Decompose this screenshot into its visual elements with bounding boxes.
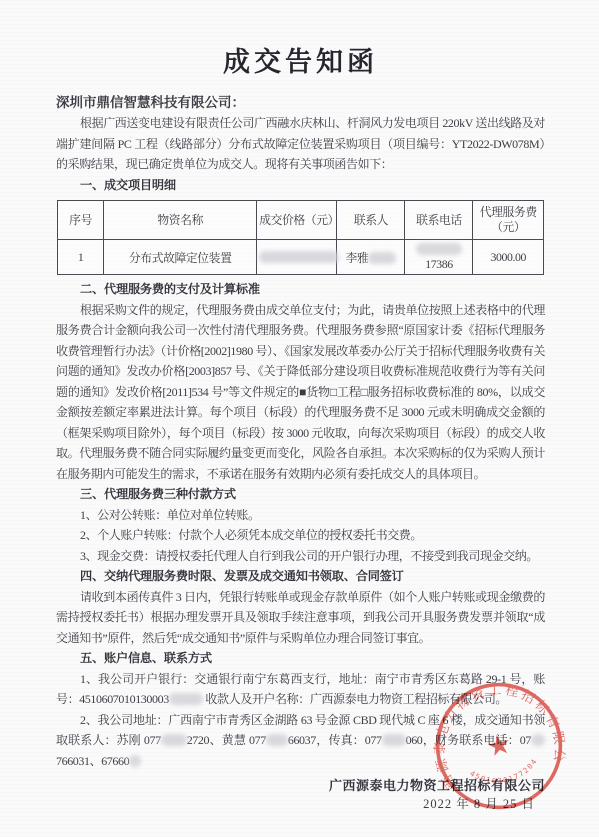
header-deal-price: 成交价格（元） — [257, 201, 337, 240]
scanned-document-page: 成交告知函 深圳市鼎信智慧科技有限公司： 根据广西送变电建设有限责任公司广西融水… — [0, 0, 599, 837]
redacted-blur — [266, 734, 288, 746]
payment-method-item-1: 1、公对公转账：单位对单位转账。 — [56, 505, 545, 526]
redacted-blur — [531, 734, 545, 746]
redacted-blur — [129, 755, 141, 767]
signature-date: 2022 年 8 月 25 日 — [56, 794, 545, 814]
section-4-body: 请收到本函传真件 3 日内，凭银行转账单或现金存款单原件（如个人账户转账或现金缴… — [56, 587, 545, 649]
intro-paragraph: 根据广西送变电建设有限责任公司广西融水庆林山、杆洞风力发电项目 220kV 送出… — [56, 113, 545, 175]
cell-contact: 李雅 — [337, 240, 405, 275]
redacted-blur — [161, 734, 187, 746]
bank-account-item: 1、我公司开户银行：交通银行南宁东葛西支行，地址：南宁市青秀区东葛路 29-1 … — [56, 669, 545, 710]
header-material-name: 物资名称 — [104, 201, 257, 240]
cell-phone: 17386 — [405, 240, 473, 275]
redacted-blur — [169, 693, 203, 705]
header-agency-fee: 代理服务费 （元） — [473, 201, 544, 240]
header-contact: 联系人 — [337, 201, 405, 240]
payment-method-item-2: 2、个人账户转账：付款个人必须凭本成交单位的授权委托书交费。 — [56, 525, 545, 546]
redacted-blur — [382, 734, 406, 746]
cell-deal-price — [257, 240, 337, 275]
section-heading-1: 一、成交项目明细 — [56, 175, 545, 196]
signature-company: 广西源泰电力物资工程招标有限公司 — [56, 777, 545, 794]
payment-method-item-3: 3、现金交费：请授权委托代理人自行到我公司的开户银行办理，不接受到我司现金交纳。 — [56, 546, 545, 567]
company-address-item: 2、我公司地址：广西南宁市青秀区金湖路 63 号金源 CBD 现代城 C 座 6… — [56, 710, 545, 772]
redacted-blur — [259, 251, 339, 263]
recipient-line: 深圳市鼎信智慧科技有限公司： — [56, 93, 545, 113]
cell-material-name: 分布式故障定位装置 — [104, 240, 257, 275]
section-heading-3: 三、代理服务费三种付款方式 — [56, 484, 545, 505]
document-content: 成交告知函 深圳市鼎信智慧科技有限公司： 根据广西送变电建设有限责任公司广西融水… — [56, 0, 545, 814]
deal-details-table: 序号 物资名称 成交价格（元） 联系人 联系电话 代理服务费 （元） 1 分布式… — [57, 200, 544, 275]
redacted-blur — [416, 243, 462, 255]
section-heading-2: 二、代理服务费的支付及计算标准 — [56, 279, 545, 300]
section-2-body: 根据采购文件的规定，代理服务费由成交单位支付；为此，请贵单位按照上述表格中的代理… — [56, 300, 545, 485]
header-phone: 联系电话 — [405, 201, 473, 240]
table-row: 1 分布式故障定位装置 李雅 17386 3000.00 — [58, 240, 544, 275]
page-title: 成交告知函 — [56, 40, 545, 79]
header-seq: 序号 — [58, 201, 104, 240]
section-heading-4: 四、交纳代理服务费时限、发票及成交通知书领取、合同签订 — [56, 566, 545, 587]
cell-seq: 1 — [58, 240, 104, 275]
section-heading-5: 五、账户信息、联系方式 — [56, 648, 545, 669]
redacted-blur — [368, 252, 396, 264]
signature-block: 广西源泰电力物资工程招标有限公司 2022 年 8 月 25 日 — [56, 777, 545, 814]
cell-agency-fee: 3000.00 — [473, 240, 544, 275]
table-header-row: 序号 物资名称 成交价格（元） 联系人 联系电话 代理服务费 （元） — [58, 201, 544, 240]
